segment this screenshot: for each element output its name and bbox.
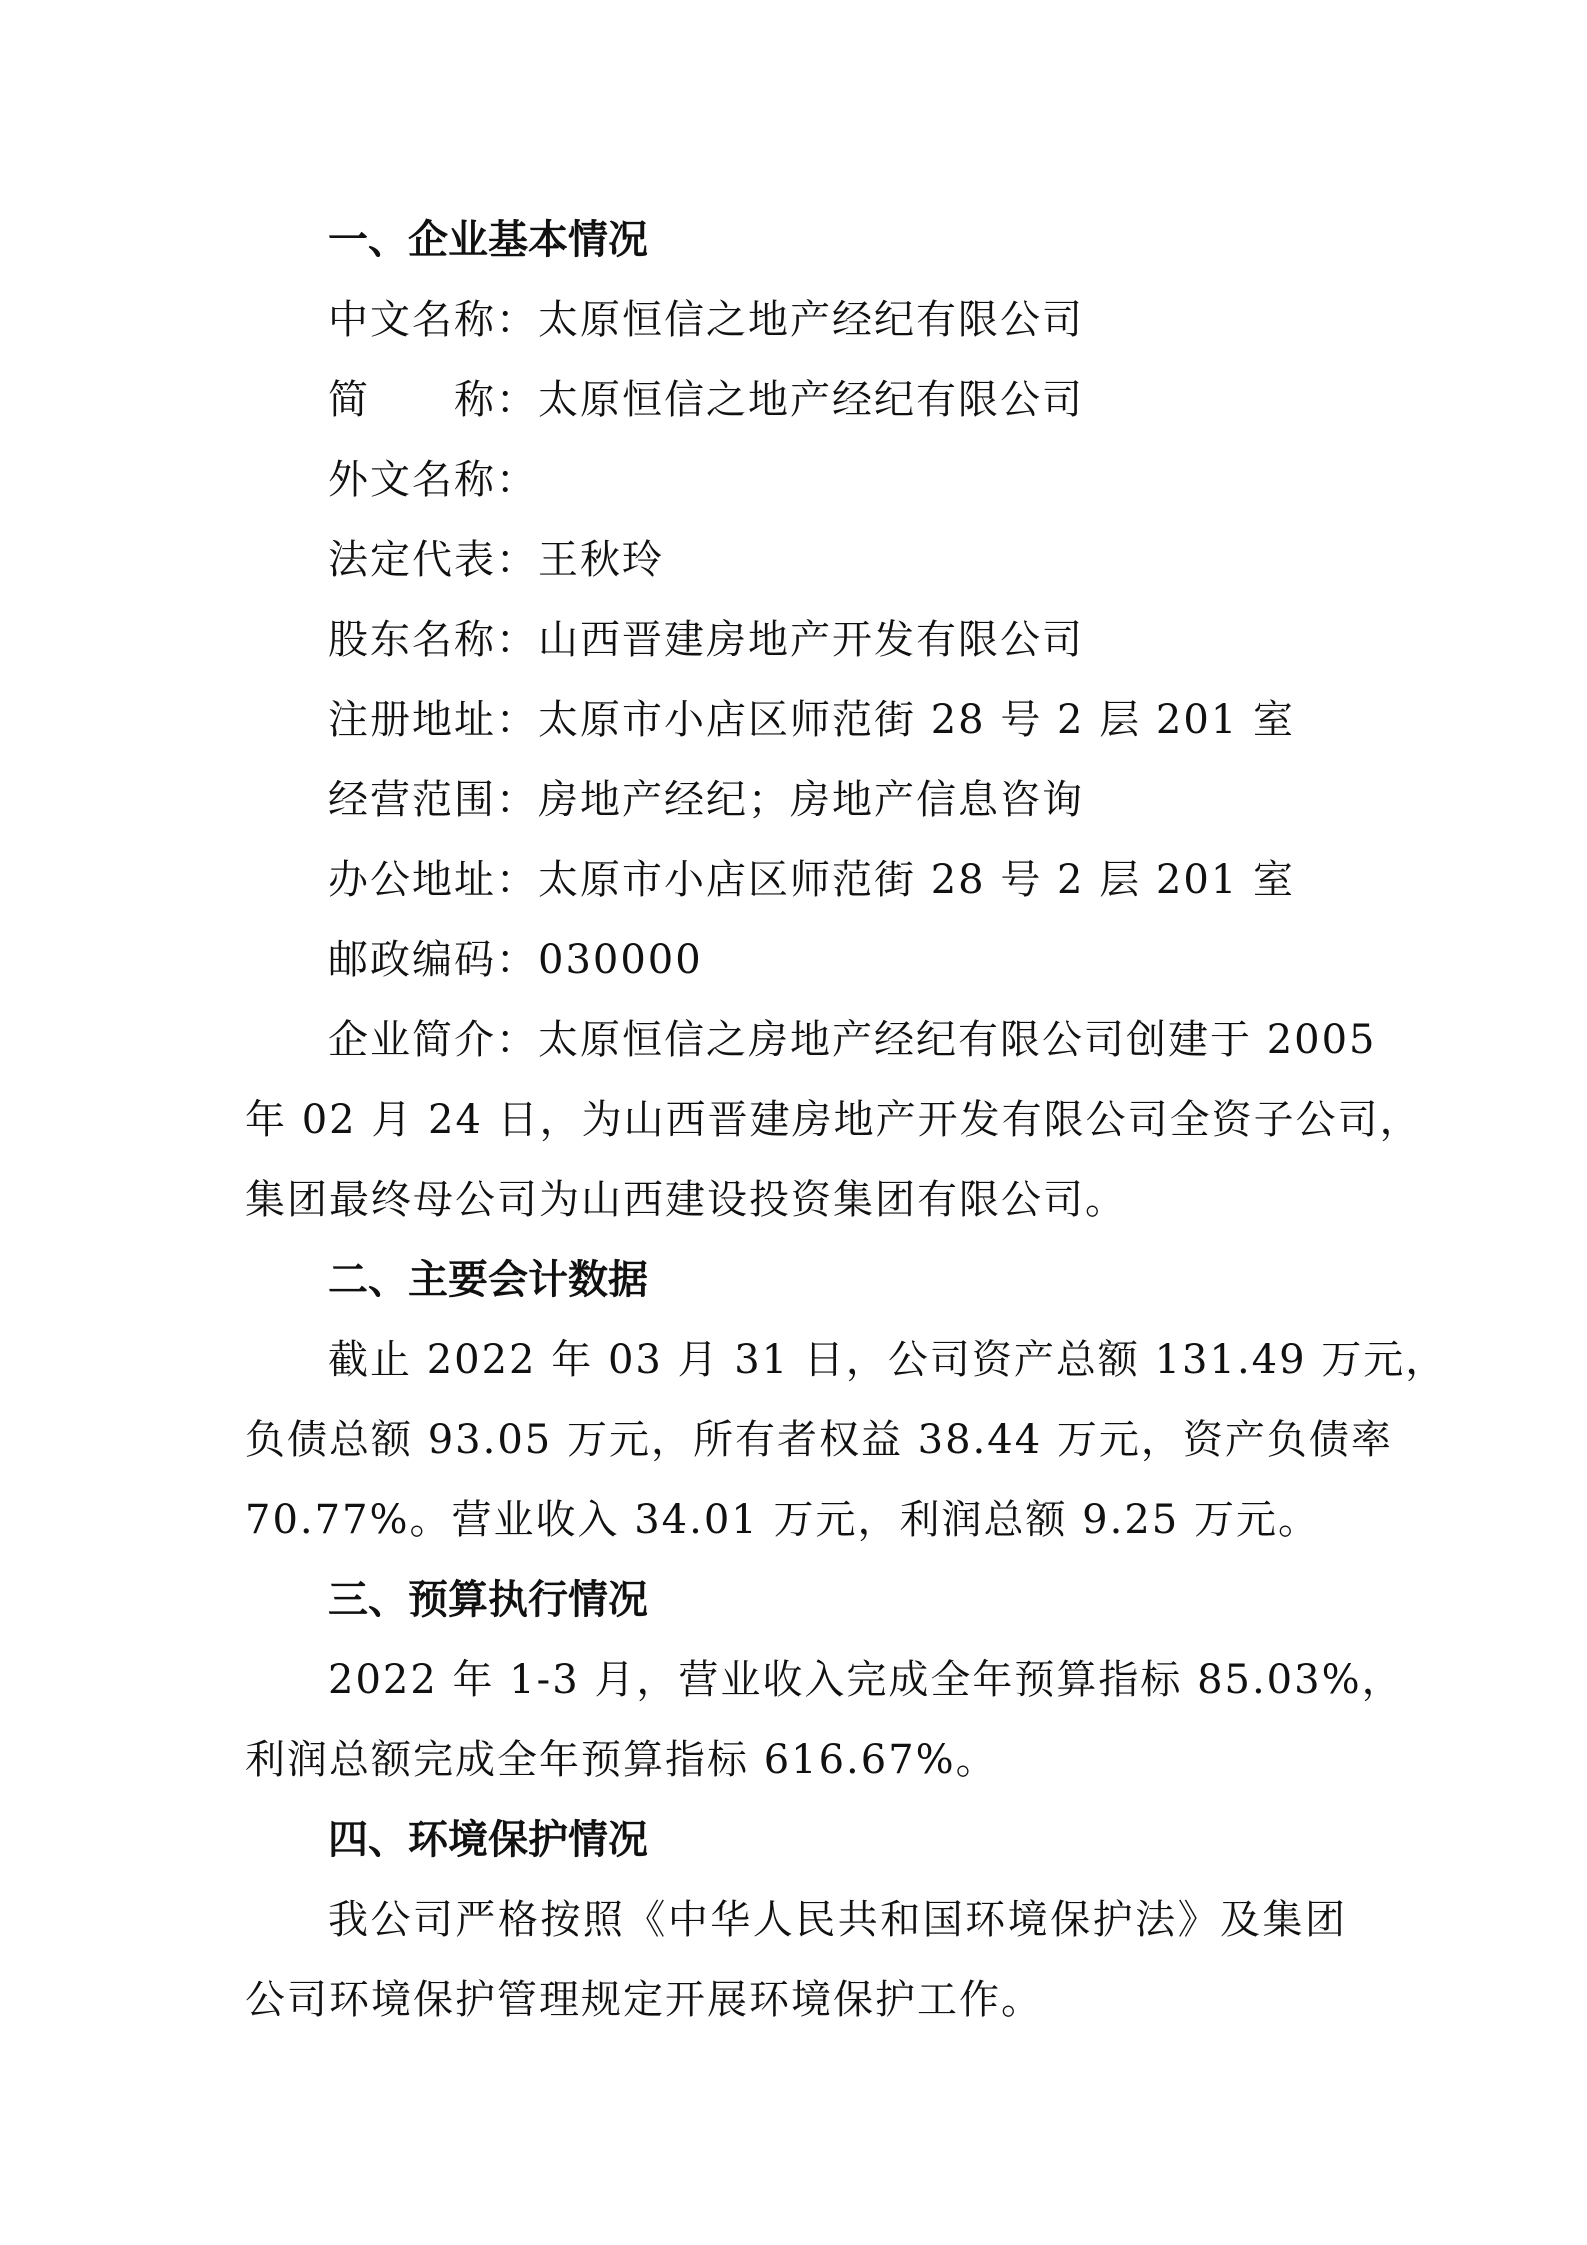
section-heading-budget-execution: 三、预算执行情况 [328, 1560, 1347, 1640]
field-postal-code: 邮政编码：030000 [328, 920, 1347, 1000]
company-intro-line: 集团最终母公司为山西建设投资集团有限公司。 [245, 1160, 1347, 1240]
field-value: 太原恒信之地产经纪有限公司 [538, 377, 1084, 423]
section-heading-accounting-data: 二、主要会计数据 [328, 1240, 1347, 1320]
field-office-address: 办公地址：太原市小店区师范街 28 号 2 层 201 室 [328, 840, 1347, 920]
section-heading-basic-info: 一、企业基本情况 [328, 200, 1347, 280]
field-label-colon: ： [496, 377, 538, 423]
field-shareholder: 股东名称：山西晋建房地产开发有限公司 [328, 600, 1347, 680]
field-label: 简 称 [328, 360, 496, 440]
field-label: 股东名称： [328, 600, 538, 680]
paragraph-line: 截止 2022 年 03 月 31 日，公司资产总额 131.49 万元， [328, 1320, 1347, 1400]
field-value: 030000 [538, 937, 703, 983]
paragraph-line: 70.77%。营业收入 34.01 万元，利润总额 9.25 万元。 [245, 1480, 1347, 1560]
paragraph-line: 利润总额完成全年预算指标 616.67%。 [245, 1720, 1347, 1800]
company-intro-line: 企业简介：太原恒信之房地产经纪有限公司创建于 2005 [328, 1000, 1347, 1080]
field-registered-address: 注册地址：太原市小店区师范街 28 号 2 层 201 室 [328, 680, 1347, 760]
field-legal-representative: 法定代表：王秋玲 [328, 520, 1347, 600]
field-label: 邮政编码： [328, 920, 538, 1000]
field-label: 外文名称： [328, 440, 538, 520]
field-short-name: 简 称：太原恒信之地产经纪有限公司 [328, 360, 1347, 440]
section-heading-environmental-protection: 四、环境保护情况 [328, 1800, 1347, 1880]
field-label: 经营范围： [328, 760, 538, 840]
field-business-scope: 经营范围：房地产经纪；房地产信息咨询 [328, 760, 1347, 840]
field-value: 王秋玲 [538, 537, 664, 583]
field-chinese-name: 中文名称：太原恒信之地产经纪有限公司 [328, 280, 1347, 360]
document-page: 一、企业基本情况 中文名称：太原恒信之地产经纪有限公司 简 称：太原恒信之地产经… [0, 0, 1587, 2245]
company-intro-line: 年 02 月 24 日，为山西晋建房地产开发有限公司全资子公司， [245, 1080, 1347, 1160]
field-value: 房地产经纪；房地产信息咨询 [538, 777, 1084, 823]
field-value: 太原市小店区师范街 28 号 2 层 201 室 [538, 697, 1295, 743]
field-value: 山西晋建房地产开发有限公司 [538, 617, 1084, 663]
paragraph-line: 2022 年 1-3 月，营业收入完成全年预算指标 85.03%， [328, 1640, 1347, 1720]
field-label: 办公地址： [328, 840, 538, 920]
field-value: 太原市小店区师范街 28 号 2 层 201 室 [538, 857, 1295, 903]
paragraph-line: 负债总额 93.05 万元，所有者权益 38.44 万元，资产负债率 [245, 1400, 1347, 1480]
field-label: 法定代表： [328, 520, 538, 600]
paragraph-line: 我公司严格按照《中华人民共和国环境保护法》及集团 [328, 1880, 1347, 1960]
field-foreign-name: 外文名称： [328, 440, 1347, 520]
field-value: 太原恒信之地产经纪有限公司 [538, 297, 1084, 343]
paragraph-line: 公司环境保护管理规定开展环境保护工作。 [245, 1960, 1347, 2040]
field-label: 注册地址： [328, 680, 538, 760]
field-label: 中文名称： [328, 280, 538, 360]
